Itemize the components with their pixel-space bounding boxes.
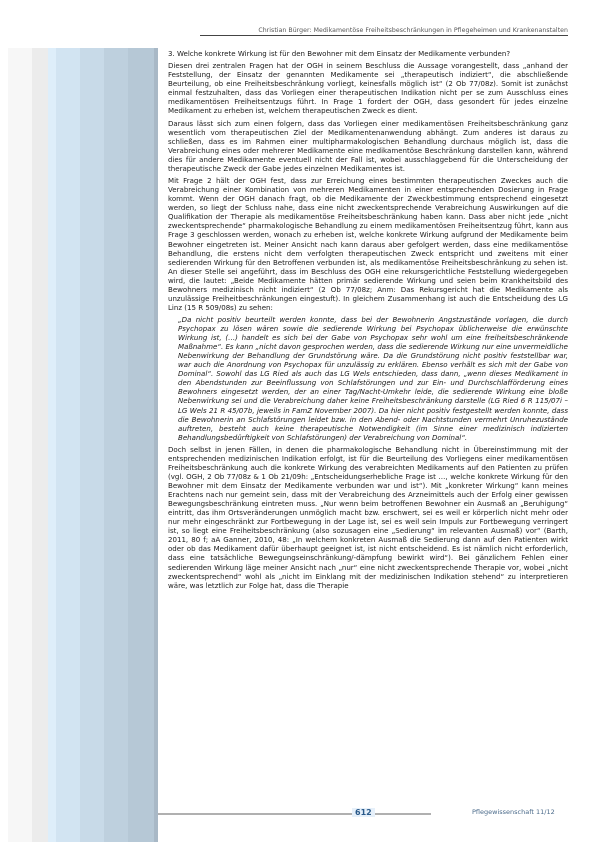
margin-stripe — [154, 48, 158, 842]
paragraph: Diesen drei zentralen Fragen hat der OGH… — [168, 61, 568, 115]
margin-stripe — [128, 48, 154, 842]
running-header: Christian Bürger: Medikamentöse Freiheit… — [200, 27, 568, 36]
paragraph: Mit Frage 2 hält der OGH fest, dass zur … — [168, 176, 568, 312]
margin-stripe — [8, 48, 32, 842]
margin-stripe — [80, 48, 104, 842]
margin-stripe — [56, 48, 80, 842]
margin-stripe — [32, 48, 48, 842]
margin-stripe — [104, 48, 128, 842]
page-number: 612 — [352, 808, 375, 817]
footer-rule — [158, 813, 431, 815]
margin-stripe — [48, 48, 56, 842]
block-quote: „Da nicht positiv beurteilt werden konnt… — [178, 315, 568, 442]
margin-decoration — [8, 48, 158, 842]
paragraph: Doch selbst in jenen Fällen, in denen di… — [168, 445, 568, 590]
paragraph: Daraus lässt sich zum einen folgern, das… — [168, 119, 568, 173]
journal-issue: Pflegewissenschaft 11/12 — [472, 808, 555, 816]
article-body: 3. Welche konkrete Wirkung ist für den B… — [168, 49, 568, 593]
question-item: 3. Welche konkrete Wirkung ist für den B… — [168, 49, 568, 58]
